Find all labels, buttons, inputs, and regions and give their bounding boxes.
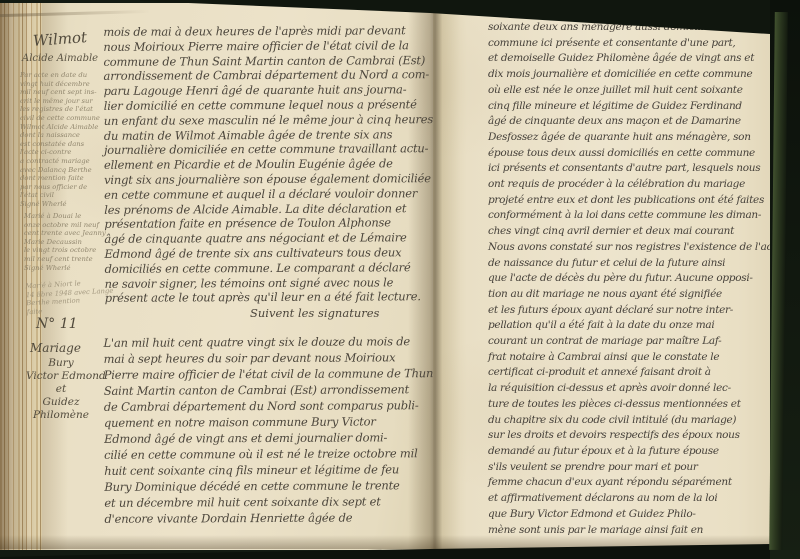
margin-note-line: dont la naissance [20,131,106,140]
margin-note-line: civil de cette commune [20,114,106,123]
margin-note-line: par nous officier de [20,183,106,192]
handwritten-line: âgé de cinquante quatre ans négociant et… [104,230,436,247]
handwritten-line: pellation qu'il a été fait à la date du … [488,318,770,334]
handwritten-line: ici présents et consentants d'autre part… [488,161,770,177]
handwritten-line: ne savoir signer, les témoins ont signé … [105,275,437,292]
handwritten-line: Desfossez âgée de quarante huit ans ména… [488,130,770,146]
handwritten-line: et demoiselle Guidez Philomène âgée de v… [488,51,770,67]
handwritten-line: épouse tous deux aussi domiciliés en cet… [488,146,770,162]
margin-name-line: Philomène [26,409,96,422]
handwritten-line: et les futurs époux ayant déclaré sur no… [488,303,770,319]
handwritten-line: commune de Thun Saint Martin canton de C… [103,53,435,70]
handwritten-line: la réquisition ci-dessus et après avoir … [488,381,770,397]
handwritten-line: sur les droits et devoirs respectifs des… [488,428,770,444]
margin-note-line: dont mention faite [20,174,106,183]
handwritten-line: journalière domiciliée en cette commune … [104,142,436,159]
handwritten-line: quement en notre maison commune Bury Vic… [104,413,436,431]
margin-note-line: crit le même jour sur [20,97,106,106]
handwritten-line: présentation faite en présence de Toulon… [104,215,436,232]
handwritten-line: les prénoms de Alcide Aimable. La dite d… [104,201,436,218]
handwritten-line: que Bury Victor Edmond et Guidez Philo- [488,507,770,523]
handwritten-line: présent acte le tout après qu'il leur en… [105,289,437,306]
handwritten-line: Edmond âgé de vingt ans et demi journali… [104,429,436,447]
birth-act-text: mois de mai à deux heures de l'après mid… [103,23,436,306]
handwritten-line: cilié en cette commune où il est né le t… [104,445,436,463]
margin-note-douai-1930: Marié à Douai leonze octobre mil neufcen… [24,212,110,272]
handwritten-line: arrondissement de Cambrai département du… [103,68,435,85]
handwritten-line: ches vingt cinq avril dernier et deux ma… [488,224,770,240]
margin-note-marriage-1907: Par acte en date duvingt huit décembremi… [20,71,106,209]
handwritten-line: s'ils veulent se prendre pour mari et po… [488,460,770,476]
handwritten-line: ellement en Picardie et de Moulin Eugéni… [104,156,436,173]
margin-name-line: Guidez [26,396,96,409]
margin-note-line: mil neuf cent trente [24,255,110,264]
act2-margin-names: BuryVictor EdmondetGuidezPhilomène [26,357,96,422]
handwritten-line: du chapitre six du code civil intitulé (… [488,413,770,429]
margin-note-line: vingt huit décembre [20,80,106,89]
act1-margin-given-names: Alcide Aimable [22,53,98,64]
handwritten-line: projeté entre eux et dont les publicatio… [488,193,770,209]
margin-note-faded: Marié à Niort le14 8bre 1948 avec LangeB… [25,278,113,317]
handwritten-line: paru Lagouge Henri âgé de quarante huit … [104,82,436,99]
handwritten-line: domiciliés en cette commune. Le comparan… [105,260,437,277]
handwritten-line: d'encore vivante Dordain Henriette âgée … [104,509,436,527]
handwritten-line: nous Moirioux Pierre maire officier de l… [103,38,435,55]
handwritten-line: Bury Dominique décédé en cette commune l… [104,477,436,495]
margin-note-line: Signé Wherlé [20,200,106,209]
handwritten-line: mai à sept heures du soir par devant nou… [104,349,436,367]
margin-note-line: Wilmot Alcide Aimable [20,123,106,132]
margin-note-line: les registres de l'état [20,105,106,114]
handwritten-line: Pierre maire officier de l'état civil de… [104,365,436,383]
act2-type-label: Mariage [30,341,81,355]
margin-name-line: Bury [26,357,96,370]
handwritten-line: et un décembre mil huit cent soixante di… [104,493,436,511]
handwritten-line: dix mois journalière et domiciliée en ce… [488,67,770,83]
handwritten-line: du matin de Wilmot Aimable âgée de trent… [104,127,436,144]
handwritten-line: demandé au futur époux et à la future ép… [488,444,770,460]
margin-note-line: l'acte ci-contre [20,148,106,157]
margin-note-line: a contracté mariage [20,157,106,166]
handwritten-line: âgé de cinquante deux ans maçon et de Da… [488,114,770,130]
act1-margin-surname: Wilmot [32,28,87,50]
handwritten-line: que l'acte de décès du père du futur. Au… [488,271,770,287]
handwritten-line: mois de mai à deux heures de l'après mid… [103,23,435,40]
handwritten-line: en cette commune et auquel il a déclaré … [104,186,436,203]
marriage-act-text-right: soixante deux ans ménagère aussi domicil… [488,20,770,538]
marriage-act-text-left: L'an mil huit cent quatre vingt six le d… [103,333,436,527]
handwritten-line: ont requis de procéder à la célébration … [488,177,770,193]
margin-name-line: et [26,383,96,396]
book-photo: Wilmot Alcide Aimable Par acte en date d… [0,0,800,559]
handwritten-line: tion au dit mariage ne nous ayant été si… [488,287,770,303]
margin-note-line: Signé Wherlé [24,264,110,273]
margin-note-line: l'état civil [20,191,106,200]
handwritten-line: un enfant du sexe masculin né le même jo… [104,112,436,129]
act2-number: N° 11 [36,316,78,332]
handwritten-line: frat notaire à Cambrai ainsi que le cons… [488,350,770,366]
handwritten-line: vingt six ans journalière son épouse éga… [104,171,436,188]
handwritten-line: de Cambrai département du Nord sont comp… [104,397,436,415]
margin-note-line: Marié à Douai le [24,212,110,221]
margin-note-line: cent trente avec Jeanny [24,229,110,238]
handwritten-line: Edmond âgé de trente six ans cultivateur… [104,245,436,262]
handwritten-line: commune ici présente et consentante d'un… [488,36,770,52]
signatures-closing-line: Suivent les signatures [250,306,379,320]
handwritten-line: huit cent soixante cinq fils mineur et l… [104,461,436,479]
margin-note-line: le vingt trois octobre [24,246,110,255]
handwritten-line: courant un contrat de mariage par maître… [488,334,770,350]
handwritten-line: et affirmativement déclarons au nom de l… [488,491,770,507]
margin-note-line: onze octobre mil neuf [24,221,110,230]
handwritten-line: cinq fille mineure et légitime de Guidez… [488,99,770,115]
handwritten-line: femme chacun d'eux ayant répondu séparém… [488,475,770,491]
handwritten-line: ture de toutes les pièces ci-dessus ment… [488,397,770,413]
handwritten-line: Saint Martin canton de Cambrai (Est) arr… [104,381,436,399]
handwritten-line: certificat ci-produit et annexé faisant … [488,365,770,381]
handwritten-line: L'an mil huit cent quatre vingt six le d… [103,333,435,351]
margin-name-line: Victor Edmond [26,370,96,383]
margin-note-line: Marie Decaussin [24,238,110,247]
handwritten-line: où elle est née le onze juillet mil huit… [488,83,770,99]
margin-note-line: est constatée dans [20,140,106,149]
handwritten-line: de naissance du futur et celui de la fut… [488,256,770,272]
handwritten-line: lier domicilié en cette commune lequel n… [104,97,436,114]
handwritten-line: conformément à la loi dans cette commune… [488,208,770,224]
handwritten-line: Nous avons constaté sur nos registres l'… [488,240,770,256]
margin-note-line: avec Dalancq Berthe [20,166,106,175]
margin-note-line: Par acte en date du [20,71,106,80]
margin-note-line: mil neuf cent sept ins- [20,88,106,97]
